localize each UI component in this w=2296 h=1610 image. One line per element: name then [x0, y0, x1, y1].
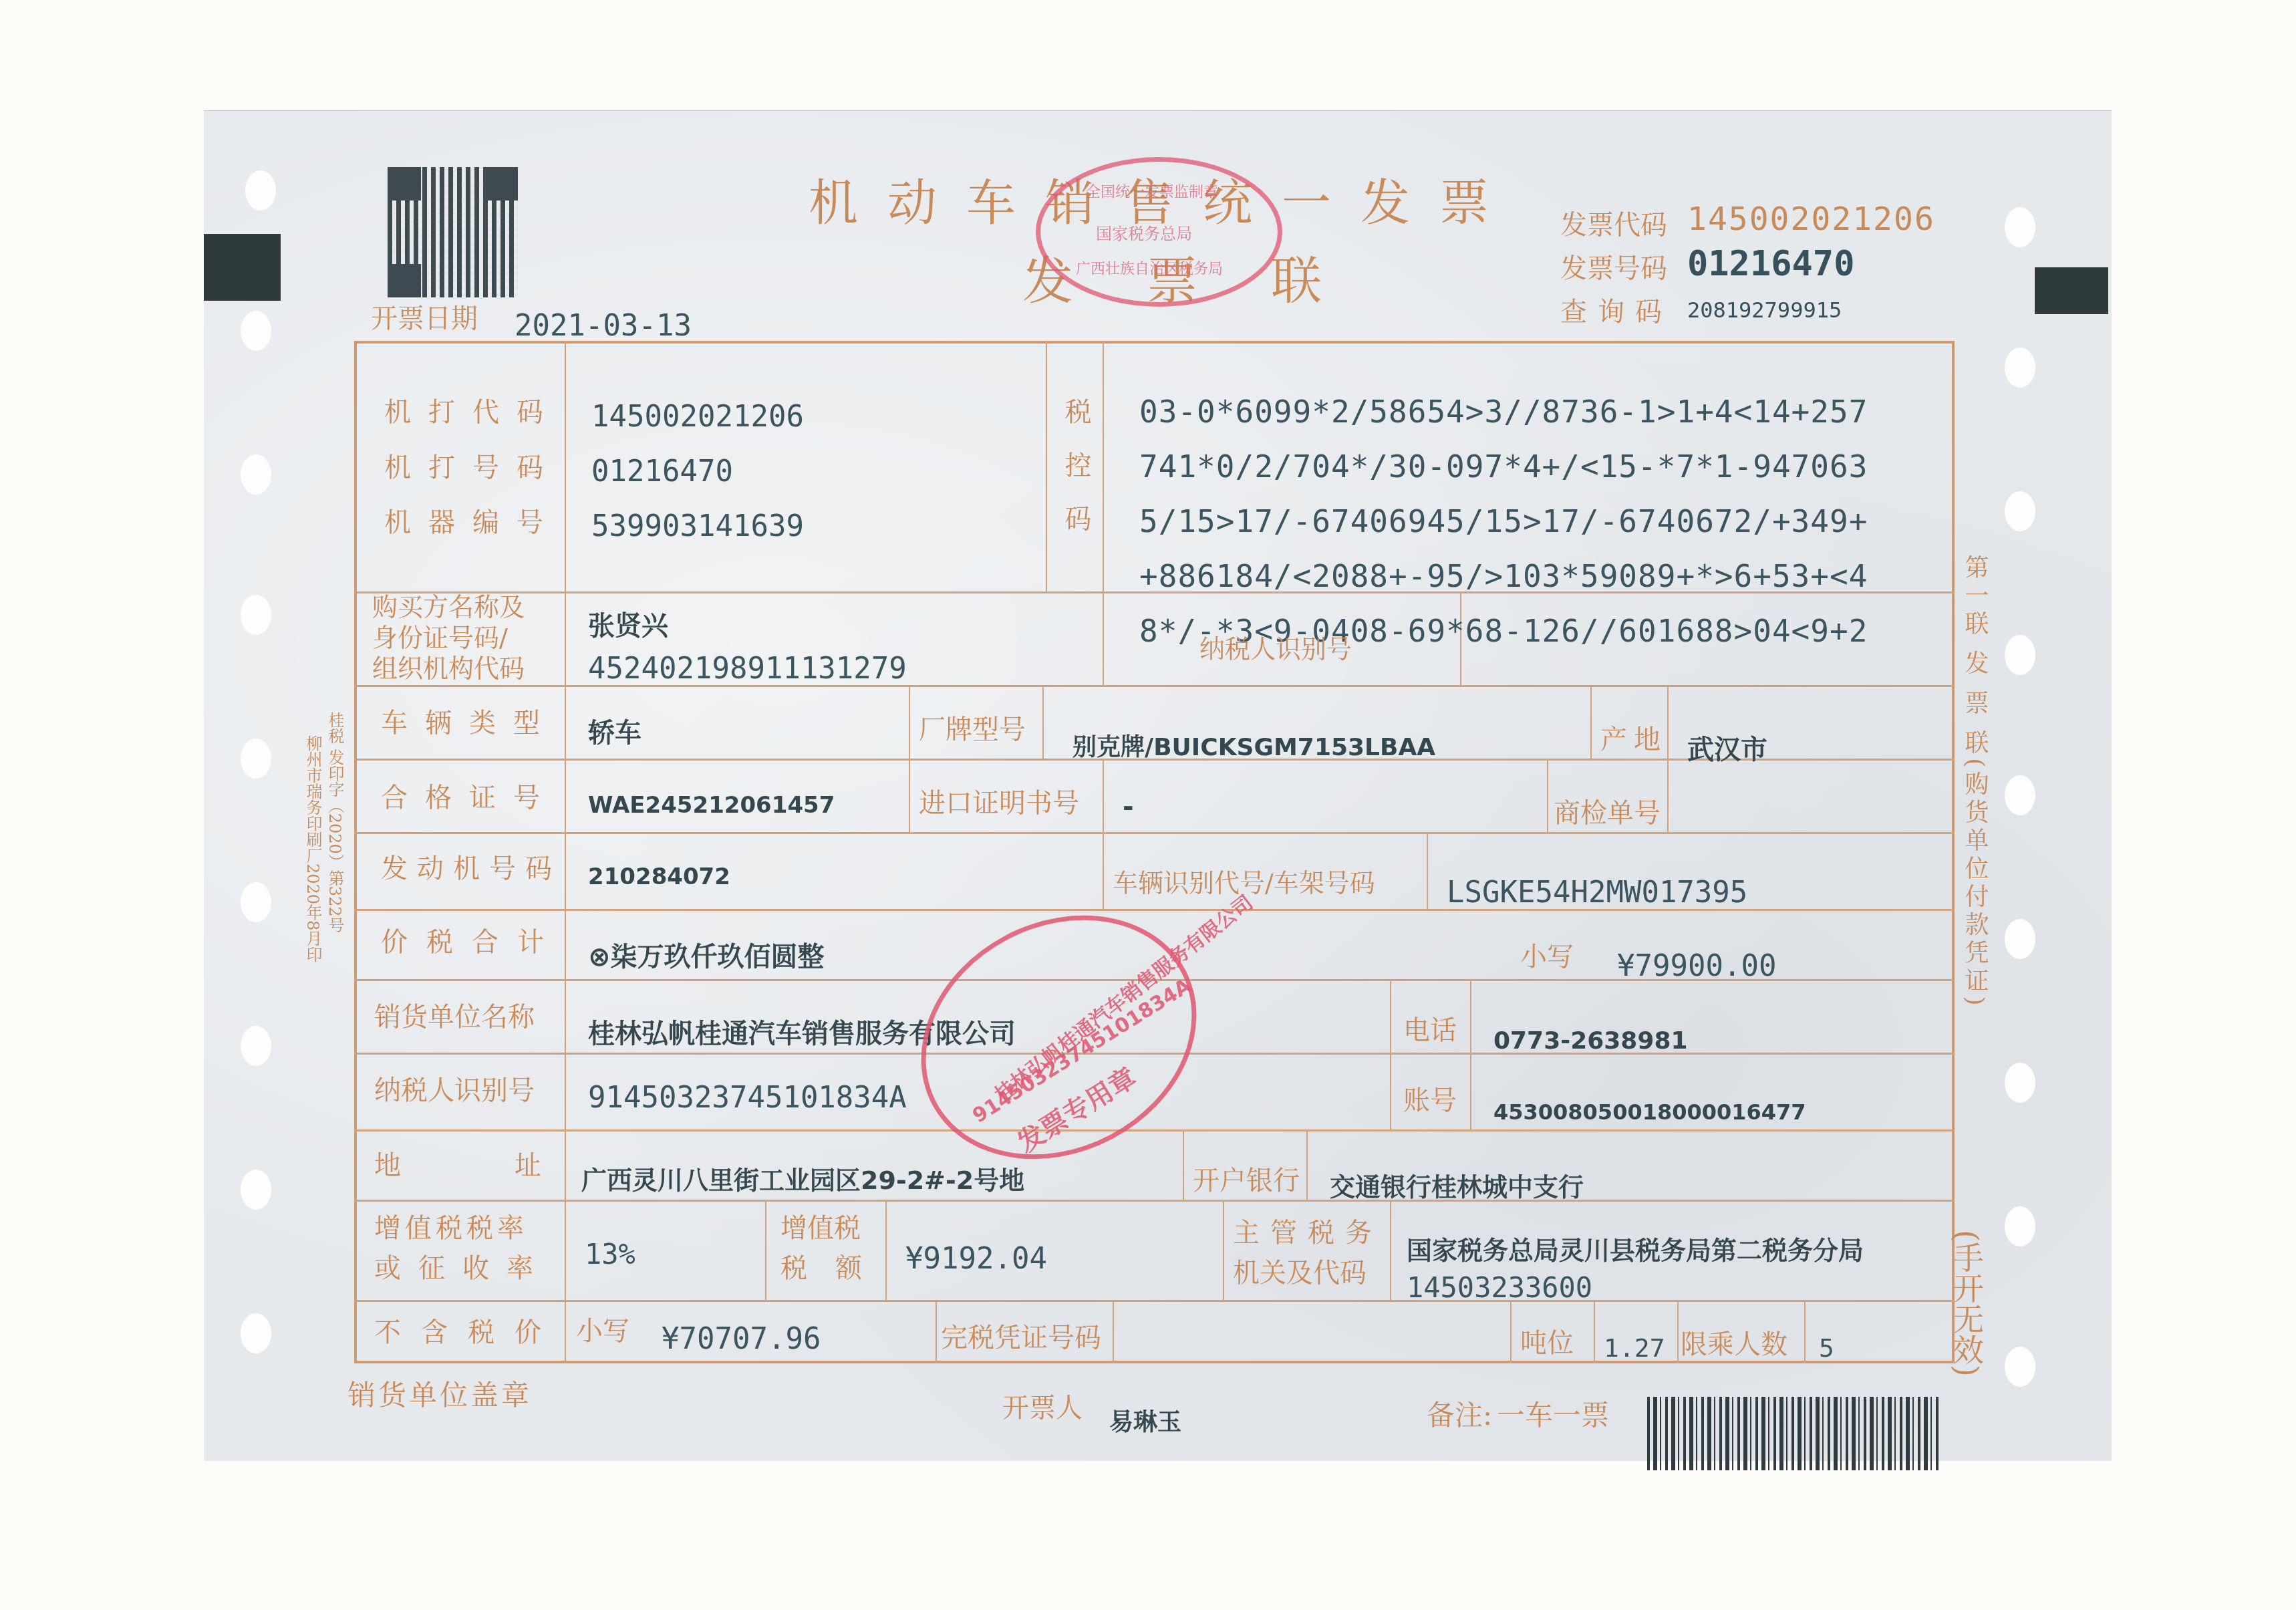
sprocket-hole — [245, 170, 276, 211]
price-total-small: ¥79900.00 — [1617, 949, 1776, 983]
divider — [1306, 1129, 1308, 1200]
vat-rate: 13% — [585, 1238, 635, 1270]
divider — [354, 1300, 1955, 1302]
divider — [1103, 341, 1104, 685]
import-cert: - — [1123, 792, 1134, 823]
invoice-number-label: 发票号码 — [1560, 247, 1667, 285]
sprocket-hole — [241, 1026, 271, 1066]
sprocket-hole — [241, 882, 271, 922]
issuer-label: 开票人 — [1002, 1387, 1083, 1425]
tonnage: 1.27 — [1604, 1333, 1665, 1363]
engine-label: 发动机号码 — [381, 847, 561, 886]
divider — [354, 832, 1955, 834]
buyer-label-line: 组织机构代码 — [372, 653, 525, 684]
vin: LSGKE54H2MW017395 — [1447, 876, 1747, 910]
machine-code-label: 机打代码 — [384, 391, 561, 429]
tax-control-code: 03-0*6099*2/58654>3//8736-1>1+4<14+25774… — [1139, 384, 1868, 658]
seller-taxpayer-id-label: 纳税人识别号 — [374, 1069, 535, 1107]
divider — [1223, 1200, 1224, 1300]
price-small-label: 小写 — [1520, 936, 1574, 974]
divider — [1547, 759, 1548, 832]
device-number-label: 机器编号 — [384, 501, 561, 539]
divider — [1103, 759, 1104, 909]
seller-name-label: 销货单位名称 — [374, 996, 535, 1034]
query-code: 208192799915 — [1687, 297, 1842, 323]
print-permit-line1: 桂税 发印字（2020）第322号 — [326, 712, 343, 933]
sprocket-hole — [2005, 1347, 2035, 1387]
seller-address: 广西灵川八里街工业园区29-2#-2号地 — [581, 1160, 1024, 1196]
sprocket-hole — [241, 1170, 271, 1210]
buyer-taxpayer-id-label: 纳税人识别号 — [1199, 628, 1352, 665]
divider — [565, 341, 566, 1363]
barcode-icon — [1647, 1397, 1941, 1470]
tax-control-label: 税控码 — [1057, 398, 1095, 558]
seller-bank-label: 开户银行 — [1193, 1160, 1300, 1198]
divider — [1113, 1300, 1114, 1363]
sprocket-hole — [241, 1313, 271, 1353]
vat-rate-label: 增值税税率 或征收率 — [374, 1208, 551, 1289]
buyer-label-line: 购买方名称及 — [372, 591, 525, 622]
passenger-limit: 5 — [1819, 1333, 1834, 1363]
sprocket-hole — [2005, 775, 2035, 815]
cert-number: WAE245212061457 — [588, 792, 835, 819]
invoice-number: 01216470 — [1687, 244, 1854, 284]
seller-bank: 交通银行桂林城中支行 — [1330, 1166, 1584, 1203]
sprocket-hole — [2005, 635, 2035, 675]
seller-account-label: 账号 — [1403, 1079, 1457, 1117]
copy-side-label: 第一联 发 票 联(购货单位付款凭证) — [1961, 555, 1988, 1009]
cert-label: 合格证号 — [381, 777, 557, 815]
vehicle-type-label: 车辆类型 — [381, 702, 557, 740]
tonnage-label: 吨位 — [1520, 1322, 1574, 1360]
vat-rate-label-line: 增值税税率 — [374, 1208, 551, 1248]
vat-rate-label-line: 或征收率 — [374, 1248, 551, 1289]
sprocket-hole — [2005, 1206, 2035, 1246]
divider — [1046, 341, 1047, 591]
vat-amount-label: 增值税 税额 — [780, 1208, 890, 1289]
invoice-code-label: 发票代码 — [1560, 204, 1667, 242]
divider — [1590, 685, 1592, 759]
price-total-upper: ⊗柒万玖仟玖佰圆整 — [588, 936, 825, 974]
divider — [1677, 1300, 1679, 1363]
paid-cert-label: 完税凭证号码 — [941, 1317, 1101, 1355]
seller-seal-label: 销货单位盖章 — [347, 1373, 532, 1414]
handwritten-invalid-note: (手开无效) — [1950, 1230, 1983, 1377]
divider — [354, 1200, 1955, 1202]
sprocket-hole — [241, 454, 271, 495]
tax-authority: 国家税务总局灵川县税务局第二税务分局 — [1407, 1230, 1864, 1266]
supervision-stamp-line1: 全国统一发票监制章 — [1086, 180, 1218, 201]
tax-authority-label: 主管税务 机关及代码 — [1233, 1213, 1383, 1293]
import-cert-label: 进口证明书号 — [919, 782, 1079, 820]
sprocket-hole — [241, 311, 271, 351]
vat-amount-label-line: 增值税 — [780, 1208, 890, 1248]
seller-phone: 0773-2638981 — [1493, 1027, 1687, 1055]
passenger-limit-label: 限乘人数 — [1681, 1323, 1787, 1361]
issue-date: 2021-03-13 — [515, 309, 692, 343]
brand-label: 厂牌型号 — [919, 708, 1026, 747]
divider — [1390, 979, 1391, 1129]
brand-model: 别克牌/BUICKSGM7153LBAA — [1072, 728, 1435, 763]
registration-mark — [204, 234, 281, 301]
divider — [1804, 1300, 1806, 1363]
registration-mark — [2035, 267, 2108, 314]
divider — [1667, 685, 1669, 832]
machine-number: 01216470 — [591, 454, 733, 489]
divider — [354, 1129, 1955, 1131]
qr-code-icon — [388, 167, 518, 297]
sprocket-hole — [2005, 491, 2035, 531]
machine-number-label: 机打号码 — [384, 446, 561, 485]
seller-phone-label: 电话 — [1403, 1009, 1457, 1047]
origin-label: 产地 — [1600, 718, 1667, 757]
divider — [1427, 832, 1428, 909]
sprocket-hole — [241, 595, 271, 635]
divider — [1510, 1300, 1512, 1363]
sprocket-hole — [2005, 207, 2035, 247]
tax-control-line: 5/15>17/-67406945/15>17/-6740672/+349+ — [1139, 494, 1868, 549]
vat-amount-label-line: 税额 — [780, 1248, 890, 1289]
buyer-id-number: 452402198911131279 — [588, 652, 907, 686]
excl-tax-amount: ¥70707.96 — [662, 1322, 821, 1356]
sprocket-hole — [2005, 919, 2035, 959]
invoice-code: 145002021206 — [1687, 200, 1935, 238]
excl-small-label: 小写 — [576, 1310, 629, 1348]
remark-label: 备注: — [1427, 1393, 1492, 1434]
tax-authority-label-line: 主管税务 — [1233, 1213, 1383, 1253]
sprocket-hole — [241, 739, 271, 779]
supervision-stamp-line2: 国家税务总局 — [1096, 221, 1192, 244]
vehicle-type: 轿车 — [588, 712, 641, 750]
seller-account: 453008050018000016477 — [1493, 1099, 1806, 1125]
buyer-label: 购买方名称及 身份证号码/ 组织机构代码 — [372, 591, 525, 684]
issuer-name: 易琳玉 — [1109, 1403, 1181, 1438]
divider — [1042, 685, 1044, 759]
print-permit-line2: 柳州市瑞务印刷厂2020年8月印 — [304, 735, 321, 962]
divider — [936, 1300, 937, 1363]
engine-number: 210284072 — [588, 863, 730, 890]
buyer-name: 张贤兴 — [588, 605, 668, 643]
device-number: 539903141639 — [591, 509, 804, 543]
inspection-label: 商检单号 — [1554, 792, 1661, 830]
supervision-stamp-line3: 广西壮族自治区税务局 — [1076, 257, 1223, 278]
tax-control-line: 03-0*6099*2/58654>3//8736-1>1+4<14+257 — [1139, 384, 1868, 439]
issue-date-label: 开票日期 — [371, 297, 478, 336]
remark: 一车一票 — [1497, 1393, 1609, 1434]
divider — [909, 685, 910, 832]
buyer-label-line: 身份证号码/ — [372, 622, 525, 653]
divider — [1470, 979, 1471, 1129]
vat-amount: ¥9192.04 — [905, 1242, 1047, 1276]
divider — [1183, 1129, 1184, 1200]
tax-control-line: +886184/<2088+-95/>103*59089+*>6+53+<4 — [1139, 549, 1868, 603]
tax-control-line: 741*0/2/704*/30-097*4+/<15-*7*1-947063 — [1139, 439, 1868, 494]
query-code-label: 查询码 — [1560, 291, 1673, 329]
price-total-label: 价税合计 — [381, 921, 563, 959]
divider — [1594, 1300, 1595, 1363]
origin: 武汉市 — [1687, 728, 1767, 767]
machine-code: 145002021206 — [591, 400, 804, 434]
tax-authority-label-line: 机关及代码 — [1233, 1253, 1383, 1293]
excl-tax-label: 不含税价 — [374, 1311, 561, 1349]
seller-taxpayer-id: 91450323745101834A — [588, 1081, 907, 1115]
divider — [1390, 1200, 1391, 1300]
divider — [765, 1200, 766, 1300]
sprocket-hole — [2005, 1063, 2035, 1103]
tax-authority-code: 14503233600 — [1407, 1271, 1592, 1304]
sprocket-hole — [2005, 348, 2035, 388]
